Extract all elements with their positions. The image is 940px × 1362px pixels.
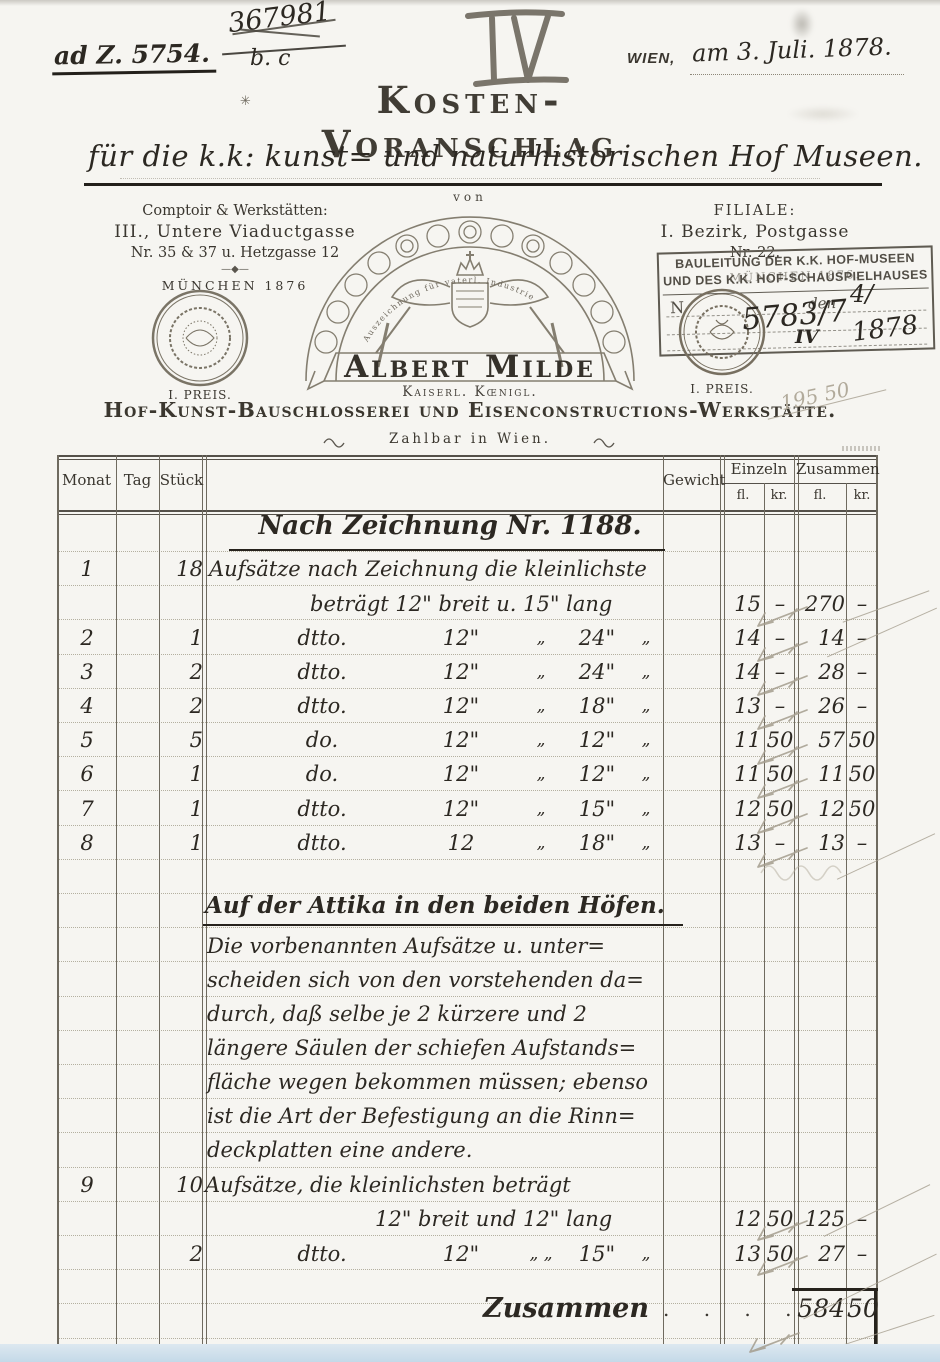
pencil-checkmark-icon — [755, 810, 811, 836]
cell-ditto: dtto. — [279, 827, 365, 861]
dedication-ruling — [120, 178, 820, 179]
cell-monat: 1 — [63, 553, 111, 587]
subheader-kr: kr. — [764, 488, 794, 503]
pencil-checkmark-icon — [755, 1217, 811, 1243]
table-border-top — [57, 455, 878, 457]
cell-ditto: dtto. — [279, 690, 365, 724]
cell-sep: „ — [631, 622, 661, 656]
cell-zusammen-kr: 50 — [847, 758, 877, 792]
cell-dim2: 15" — [565, 793, 629, 827]
cell-sep: „ — [631, 724, 661, 758]
subheader-kr2: kr. — [846, 488, 878, 503]
file-number-note: b. c — [250, 46, 290, 71]
cell-stueck: 2 — [153, 656, 203, 690]
total-label: Zusammen — [483, 1293, 649, 1327]
paragraph-line: ist die Art der Befestigung an die Rinn= — [207, 1100, 675, 1134]
cell-sep: „ — [519, 827, 563, 861]
cell-dim2: 15" — [565, 1238, 629, 1272]
cell-zusammen-kr: 50 — [847, 793, 877, 827]
date-ruling — [690, 74, 904, 75]
medal-right-caption: I. PREIS. — [676, 382, 768, 396]
svg-text:Auszeichnung für vaterl. Indus: Auszeichnung für vaterl. Industrie — [361, 276, 537, 345]
pencil-checkmark-icon — [755, 706, 811, 732]
cell-monat: 2 — [63, 622, 111, 656]
pencil-checkmark-icon — [755, 844, 811, 870]
cell-dim1: 12 — [429, 827, 493, 861]
cell-sep: „ — [631, 827, 661, 861]
pencil-checkmark-icon — [755, 672, 811, 698]
cell-stueck: 1 — [153, 758, 203, 792]
cell-dim1: 12" — [429, 758, 493, 792]
cell-zusammen-kr: 50 — [847, 724, 877, 758]
col-header-tag: Tag — [116, 471, 159, 489]
cell-zusammen-kr: – — [847, 656, 877, 690]
cell-dim1: 12" — [429, 690, 493, 724]
pencil-checkmark-icon — [755, 741, 811, 767]
paragraph-line: scheiden sich von den vorstehenden da= — [207, 964, 675, 998]
ledger-ruling-line — [59, 927, 876, 928]
cell-dim2: 24" — [565, 622, 629, 656]
office-right-line2: I. Bezirk, Postgasse — [620, 222, 890, 242]
cell-monat: 6 — [63, 758, 111, 792]
flourish-right-icon — [592, 436, 618, 448]
business-line: Hof-Kunst-Bauschlosserei und Eisenconstr… — [70, 398, 870, 422]
document-page: ad Z. 5754. 367981 b. c WIEN, am 3. Juli… — [0, 0, 940, 1362]
cell-dim1: 12" — [429, 622, 493, 656]
cell-description: Aufsätze nach Zeichnung die kleinlichste — [209, 553, 647, 587]
cell-sep: „ „ — [519, 1238, 563, 1272]
cell-ditto: dtto. — [279, 656, 365, 690]
stamp-day-handwritten: 4/ — [850, 280, 873, 308]
cell-stueck: 1 — [153, 622, 203, 656]
cell-zusammen-kr: – — [847, 622, 877, 656]
col-header-monat: Monat — [57, 471, 116, 489]
section-title-1: Nach Zeichnung Nr. 1188. — [240, 511, 660, 541]
place-label: WIEN, — [627, 50, 675, 67]
cell-zusammen-kr: – — [847, 690, 877, 724]
cell-stueck: 1 — [153, 793, 203, 827]
table-row: 1 18 Aufsätze nach Zeichnung die kleinli… — [57, 553, 878, 587]
cell-ditto: do. — [279, 758, 365, 792]
cell-ditto: dtto. — [279, 1238, 365, 1272]
cell-stueck: 2 — [153, 690, 203, 724]
date-handwritten: am 3. Juli. 1878. — [692, 33, 892, 68]
pencil-checkmark-icon — [755, 1252, 811, 1278]
cell-sep: „ — [631, 1238, 661, 1272]
cell-zusammen-kr: – — [847, 827, 877, 861]
cost-table: Monat Tag Stück Gewicht Einzeln Zusammen… — [57, 455, 878, 1344]
cell-sep: „ — [631, 656, 661, 690]
cell-stueck: 10 — [153, 1169, 203, 1203]
cell-sep: „ — [519, 690, 563, 724]
section-title-2: Auf der Attika in den beiden Höfen. — [205, 892, 665, 919]
reference-number: ad Z. 5754. — [52, 39, 216, 76]
cell-sep: „ — [519, 622, 563, 656]
stamp-numeral-handwritten: IV — [795, 326, 819, 348]
underline — [203, 924, 683, 926]
office-right-line1: FILIALE: — [620, 203, 890, 219]
total-row: Zusammen . . . . 584 50 — [57, 1293, 878, 1327]
cell-stueck: 18 — [153, 553, 203, 587]
subheader-fl: fl. — [722, 488, 764, 503]
cell-dim1: 12" — [429, 656, 493, 690]
paragraph-line: durch, daß selbe je 2 kürzere und 2 — [207, 998, 675, 1032]
cell-monat: 4 — [63, 690, 111, 724]
cell-sep: „ — [519, 758, 563, 792]
cell-stueck: 2 — [153, 1238, 203, 1272]
cell-dim2: 18" — [565, 690, 629, 724]
col-header-gewicht: Gewicht — [663, 471, 722, 489]
subheader-fl2: fl. — [794, 488, 846, 503]
cell-dim1: 12" — [429, 1238, 493, 1272]
underline — [84, 183, 882, 186]
cell-ditto: do. — [279, 724, 365, 758]
cell-stueck: 1 — [153, 827, 203, 861]
cell-dim2: 12" — [565, 724, 629, 758]
cell-monat: 8 — [63, 827, 111, 861]
cell-description2: beträgt 12" breit u. 15" lang — [310, 588, 612, 622]
paragraph-line: deckplatten eine andere. — [207, 1134, 675, 1168]
cell-dim1: 12" — [429, 724, 493, 758]
cell-dim2: 12" — [565, 758, 629, 792]
paragraph-line: Die vorbenannten Aufsätze u. unter= — [207, 930, 675, 964]
arch-motto: Auszeichnung für vaterl. Industrie — [361, 276, 537, 345]
cell-sep: „ — [519, 656, 563, 690]
cell-stueck: 5 — [153, 724, 203, 758]
cell-ditto: dtto. — [279, 622, 365, 656]
cell-sep: „ — [631, 793, 661, 827]
table-row: 9 10 Aufsätze, die kleinlichsten beträgt — [57, 1169, 878, 1203]
pencil-checkmark-icon — [755, 603, 811, 629]
cell-sep: „ — [519, 793, 563, 827]
cell-sep: „ — [631, 690, 661, 724]
ledger-ruling-line — [59, 551, 876, 552]
col-header-zusammen: Zusammen — [796, 460, 878, 478]
flourish-left-icon — [322, 436, 348, 448]
subheader-separator — [722, 483, 878, 484]
cell-sep: „ — [519, 724, 563, 758]
pencil-checkmark-icon — [755, 775, 811, 801]
paragraph-line: fläche wegen bekommen müssen; ebenso — [207, 1066, 675, 1100]
cell-zusammen-kr: – — [847, 1203, 877, 1237]
cell-sep: „ — [631, 758, 661, 792]
cell-monat: 5 — [63, 724, 111, 758]
pencil-smudge — [788, 106, 858, 122]
cell-dim2: 18" — [565, 827, 629, 861]
underline — [229, 549, 665, 551]
total-kr: 50 — [847, 1293, 877, 1327]
cell-dim1: 12" — [429, 793, 493, 827]
paragraph-line: längere Säulen der schiefen Aufstands= — [207, 1032, 675, 1066]
cell-monat: 9 — [63, 1169, 111, 1203]
dedication-line: für die k.k: kunst= und naturhistorische… — [88, 139, 923, 173]
medal-left-icon — [148, 286, 252, 390]
printer-mark — [842, 446, 880, 451]
col-header-einzeln: Einzeln — [722, 460, 796, 478]
cell-zusammen-kr: – — [847, 588, 877, 622]
pencil-checkmark-icon — [747, 1329, 803, 1355]
cell-ditto: dtto. — [279, 793, 365, 827]
cell-description: Aufsätze, die kleinlichsten beträgt — [205, 1169, 571, 1203]
company-name: Albert Milde — [300, 349, 640, 385]
payable-line: Zahlbar in Wien. — [350, 431, 590, 447]
col-header-stueck: Stück — [159, 471, 204, 489]
cell-dim2: 24" — [565, 656, 629, 690]
cell-zusammen-kr: – — [847, 1238, 877, 1272]
cell-description2: 12" breit und 12" lang — [375, 1203, 612, 1237]
pencil-checkmark-icon — [755, 638, 811, 664]
cell-monat: 3 — [63, 656, 111, 690]
von-label: von — [430, 190, 510, 204]
cell-monat: 7 — [63, 793, 111, 827]
